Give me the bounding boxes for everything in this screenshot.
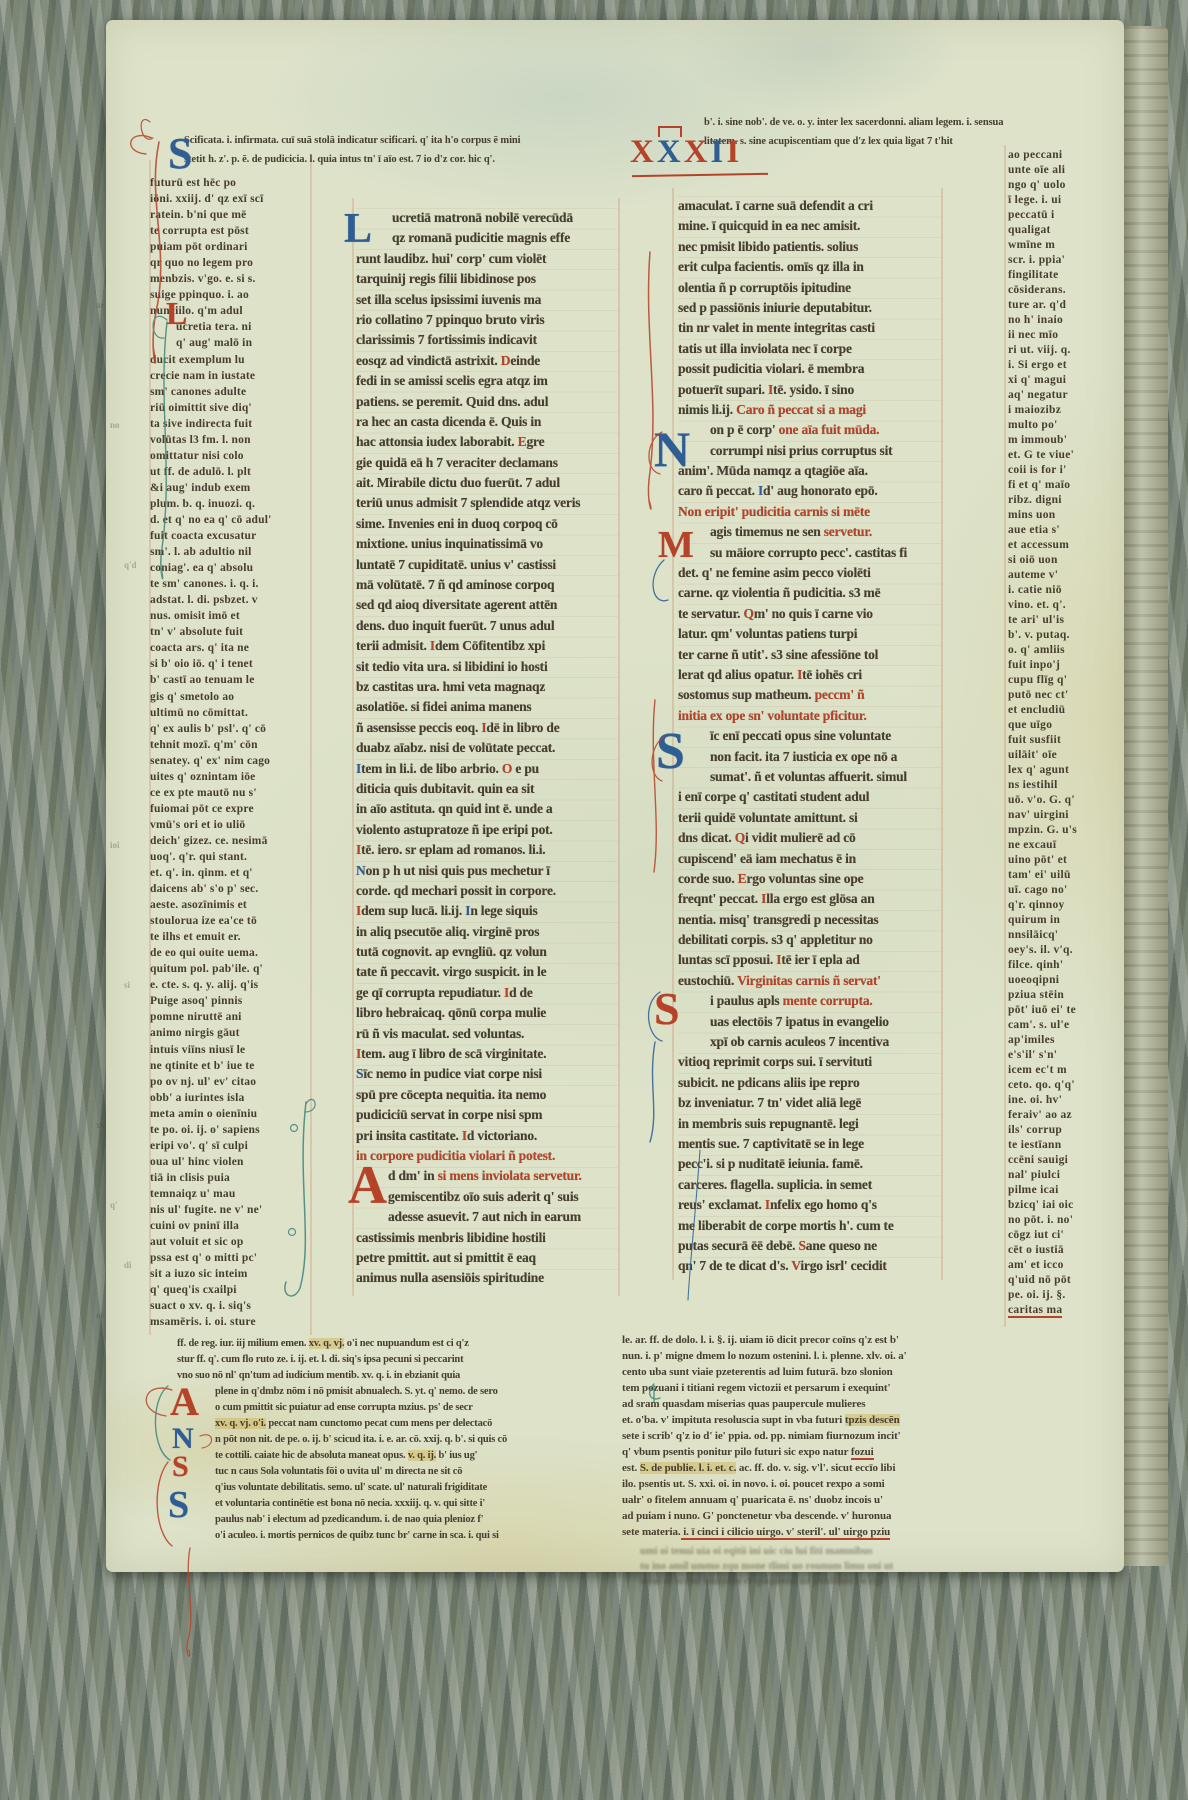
text-line: volūtas l3 fm. l. non [150, 432, 312, 448]
text-line: tutā cognovit. ap evngliū. qz volun [356, 942, 618, 962]
text-line: ine. oi. hv' [1008, 1093, 1122, 1108]
text-line: vitioq reprimit corps sui. ī servituti [678, 1052, 942, 1072]
bottom-commentary-left: ff. de reg. iur. iij milium emen. xv. q.… [177, 1336, 617, 1544]
text-line: ualr' o fitelem annuam q' puaricata ē. n… [622, 1492, 1130, 1508]
text-line: asolatiōe. si fidei anima manens [356, 697, 618, 717]
ruling-line [618, 198, 620, 1296]
text-line: q' ex aulis b' psl'. q' cō [150, 721, 312, 737]
causa-number-xxxii: XXXII [630, 134, 742, 170]
text-line: olentia ñ p corruptōis ipitudine [678, 278, 942, 298]
text-line: qualigat [1008, 223, 1122, 238]
margin-scribble: ioi [110, 840, 120, 850]
text-line: bzicq' iai oic [1008, 1198, 1122, 1213]
text-line: e's'il' s'n' [1008, 1048, 1122, 1063]
text-line: umi oi tenui uia oi eqitii ini uic ciu l… [640, 1544, 1110, 1559]
bottom-initial-S1: S [172, 1452, 189, 1482]
left-margin-gloss-column: futurū est hēc poiōni. xxiij. d' qz exī … [150, 175, 312, 1330]
text-line: cōsiderans. [1008, 283, 1122, 298]
text-line: tate ñ peccavit. virgo suspicit. in le [356, 962, 618, 982]
text-line: spū pre cōcepta nequitia. ita nemo [356, 1085, 618, 1105]
text-line: pziua stēin [1008, 988, 1122, 1003]
text-line: qz romanā pudicitie magnis effe [356, 228, 618, 248]
text-line: nentia. misq' transgredi p necessitas [678, 910, 942, 930]
text-line: meta amin o oienīniu [150, 1106, 312, 1122]
text-line: luntas scī pposui. Itē ier ī epla ad [678, 950, 942, 970]
text-line: no pōt. i. no' [1008, 1213, 1122, 1228]
text-line: uoeoqipni [1008, 973, 1122, 988]
text-line: n pōt non nit. de pe. o. ij. b' scicud i… [177, 1432, 617, 1448]
text-line: de eo qui ouite uema. [150, 945, 312, 961]
lucretia-initial-L: L [344, 208, 372, 250]
text-line: caro ñ peccat. Id' aug honorato epō. [678, 481, 942, 501]
text-line: Sīc nemo in pudice viat corpe nisi [356, 1064, 618, 1084]
text-line: fuit susfiit [1008, 733, 1122, 748]
text-line: carne. qz violentia ñ pudicitia. s3 mē [678, 583, 942, 603]
text-line: dns dicat. Qi vidit mulierē ad cō [678, 828, 942, 848]
text-line: deich' gizez. ce. nesimā [150, 833, 312, 849]
ruling-line [1004, 145, 1006, 1327]
text-line: d. et q' no ea q' cō adul' [150, 512, 312, 528]
margin-scribble: q' [110, 1200, 118, 1210]
text-line: q' aug' malō in [150, 335, 312, 351]
text-line: coii is for i' [1008, 463, 1122, 478]
text-line: Puige asoq' pinnis [150, 993, 312, 1009]
text-line: temnaiqz u' mau [150, 1186, 312, 1202]
text-line: crecie nam in iustate [150, 368, 312, 384]
text-line: clarissimis 7 fortissimis indicavit [356, 330, 618, 350]
margin-scribble: no [110, 420, 120, 430]
text-line: runt laudibz. hui' corp' cum violēt [356, 249, 618, 269]
text-line: uites q' oznintam iōe [150, 769, 312, 785]
margin-scribble: q'd [124, 560, 137, 570]
text-line: unte oīe ali [1008, 163, 1122, 178]
margin-scribble: di [124, 1260, 132, 1270]
top-gloss-left: Scificata. i. infirmata. cuī suā stolā i… [184, 131, 642, 169]
text-line: ge qī corrupta repudiatur. Id de [356, 983, 618, 1003]
text-line: po ov nj. ul' ev' citao [150, 1074, 312, 1090]
text-line: cento uba sunt viaie pzeterentis ad luim… [622, 1364, 1130, 1380]
text-line: ngo q' uolo [1008, 178, 1122, 193]
text-line: patiens. se peremit. Quid dns. adul [356, 392, 618, 412]
manuscript-photo: Scificata. i. infirmata. cuī suā stolā i… [0, 0, 1188, 1800]
text-line: aue etia s' [1008, 523, 1122, 538]
text-line: nec pmisit libido patientis. solius [678, 237, 942, 257]
bottom-initial-S2: S [168, 1486, 189, 1524]
text-line: potuerīt supari. Itē. ysido. ī sino [678, 380, 942, 400]
text-line: Scificata. i. infirmata. cuī suā stolā i… [184, 131, 642, 150]
text-line: et encludiū [1008, 703, 1122, 718]
text-line: diticia quis dubitavit. quin ea sit [356, 779, 618, 799]
text-line: b' castī ao tenuam le [150, 672, 312, 688]
text-line: reus' exclamat. Infelix ego homo q's [678, 1195, 942, 1215]
text-line: ii nec mīo [1008, 328, 1122, 343]
text-line: coniag'. ea q' absolu [150, 560, 312, 576]
text-line: senatey. q' ex' nim cago [150, 753, 312, 769]
text-line: menbzis. v'go. e. si s. [150, 271, 312, 287]
text-line: ff. de reg. iur. iij milium emen. xv. q.… [177, 1336, 617, 1352]
text-line: corde suo. Ergo voluntas sine ope [678, 869, 942, 889]
text-line: ut ff. de adulō. l. plt [150, 464, 312, 480]
text-line: b'. i. sine nob'. de ve. o. y. inter lex… [704, 113, 1120, 132]
text-line: terii quidē voluntate amittunt. si [678, 808, 942, 828]
text-line: tehnit mozī. q'm' cōn [150, 737, 312, 753]
text-line: eustochiū. Virginitas carnis ñ servat' [678, 971, 942, 991]
text-line: et. q'. in. qinm. et q' [150, 865, 312, 881]
top-gloss-right: b'. i. sine nob'. de ve. o. y. inter lex… [704, 113, 1120, 151]
text-line: te sm' canones. i. q. i. [150, 576, 312, 592]
text-line: ccēni sauigi [1008, 1153, 1122, 1168]
text-line: Idem sup lucā. li.ij. In lege siquis [356, 901, 618, 921]
text-line: animo nirgis gāut [150, 1025, 312, 1041]
text-line: ilo. psentis ut. S. xxi. oi. in novo. i.… [622, 1476, 1130, 1492]
text-line: aut voluit et sic op [150, 1234, 312, 1250]
text-line: ceto. qo. q'q' [1008, 1078, 1122, 1093]
left-gloss-initial-L: L [166, 297, 187, 329]
text-line: multo po' [1008, 418, 1122, 433]
text-line: latur. qm' voluntas patiens turpi [678, 624, 942, 644]
text-line: adesse asuevit. 7 aut nich in earum [356, 1207, 618, 1227]
text-line: aq' negatur [1008, 388, 1122, 403]
margin-scribble: si [124, 980, 130, 990]
text-line: rio collatino 7 ppinquo bruto viris [356, 310, 618, 330]
text-line: me liberabit de corpe mortis h'. cum te [678, 1216, 942, 1236]
book-fore-edge [1124, 26, 1168, 1566]
text-line: ture ar. q'd [1008, 298, 1122, 313]
text-line: sm'. l. ab adultio nil [150, 544, 312, 560]
text-line: mins uon [1008, 508, 1122, 523]
text-line: tn' v' absolute fuit [150, 624, 312, 640]
text-line: Item in li.i. de libo arbrio. O e pu [356, 759, 618, 779]
text-line: gemiscentibz oīo suis aderit q' suis [356, 1187, 618, 1207]
text-line: nun. i. p' migne dmem lo nozum ostenini.… [622, 1348, 1130, 1364]
text-line: msamēris. i. oi. sture [150, 1314, 312, 1330]
text-line: xv. q. vj. o'i. peccat nam cunctomo peca… [177, 1416, 617, 1432]
rubricator-mark [658, 126, 682, 137]
text-line: ne qtinite et b' iue te [150, 1058, 312, 1074]
margin-scribble: xv [96, 1120, 105, 1130]
text-line: i maiozibz [1008, 403, 1122, 418]
text-line: animus nulla asensiōis spiritudine [356, 1268, 618, 1288]
text-line: te iestīann [1008, 1138, 1122, 1153]
text-line: fuiomai pōt ce expre [150, 801, 312, 817]
text-line: intuis viīns niusī le [150, 1042, 312, 1058]
text-line: stetit h. z'. p. ē. de pudicicia. l. qui… [184, 150, 642, 169]
text-line: libro hebraicaq. qōnū corpa mulie [356, 1003, 618, 1023]
text-line: freqnt' peccat. Illa ergo est glōsa an [678, 889, 942, 909]
text-line: vino. et. q'. [1008, 598, 1122, 613]
text-line: stur ff. q'. cum flo ruto ze. i. ij. et.… [177, 1352, 617, 1368]
text-line: corde. qd mechari possit in corpore. [356, 881, 618, 901]
text-line: ne excauī [1008, 838, 1122, 853]
text-line: q'uid nō pōt [1008, 1273, 1122, 1288]
text-line: paulus nab' i electum ad pzedicandum. i.… [177, 1512, 617, 1528]
text-line: fuit coacta excusatur [150, 528, 312, 544]
text-line: te servatur. Qm' no quis ī carne vio [678, 604, 942, 624]
text-line: q' queq'is cxailpi [150, 1282, 312, 1298]
text-line: nnsilāicq' [1008, 928, 1122, 943]
text-line: ra hec an casta dicenda ē. Quis in [356, 412, 618, 432]
text-line: duabz aīabz. nisi de volūtate peccat. [356, 738, 618, 758]
text-line: nus. omisit imō et [150, 608, 312, 624]
text-line: puiam pōt ordinari [150, 239, 312, 255]
text-line: ter carne ñ utit'. s3 sine afessiōne tol [678, 645, 942, 665]
text-line: ad puiam i nuno. G' ponctenetur vba desc… [622, 1508, 1130, 1524]
text-line: gie quidā eā h 7 veraciter declamans [356, 453, 618, 473]
text-line: qn' 7 de te dicat d's. Virgo isrl' cecid… [678, 1256, 942, 1276]
text-line: in aīo astituta. qn quid int ē. unde a [356, 799, 618, 819]
text-line: fuit inpo'j [1008, 658, 1122, 673]
text-line: pe. oi. ij. §. [1008, 1288, 1122, 1303]
text-line: uilāit' oīe [1008, 748, 1122, 763]
text-line: i paulus apls mente corrupta. [678, 991, 942, 1011]
text-line: uas electōis 7 ipatus in evangelio [678, 1012, 942, 1032]
text-line: cam'. s. ul'e [1008, 1018, 1122, 1033]
text-line: e. cte. s. q. y. alij. q'is [150, 977, 312, 993]
text-line: pri insita castitate. Id victoriano. [356, 1126, 618, 1146]
text-line: feraiv' ao az [1008, 1108, 1122, 1123]
text-line: sit tedio vita ura. si libidini io hosti [356, 657, 618, 677]
text-line: mā volūtatē. 7 ñ qd aminose corpoq [356, 575, 618, 595]
text-line: daicens ab' s'o p' sec. [150, 881, 312, 897]
text-line: bz castitas ura. hmi veta magnaqz [356, 677, 618, 697]
text-line: ap'imiles [1008, 1033, 1122, 1048]
text-line: ultimū no cōmittat. [150, 705, 312, 721]
text-line: sostomus sup matheum. peccm' ñ [678, 685, 942, 705]
text-line: sumat'. ñ et voluntas affuerit. simul [678, 767, 942, 787]
text-line: tin nr valet in mente integritas casti [678, 318, 942, 338]
text-line: q'ius voluntate debilitatis. semo. ul' s… [177, 1480, 617, 1496]
text-line: lex q' agunt [1008, 763, 1122, 778]
text-line: sed qd aioq diversitate agerent attēn [356, 595, 618, 615]
text-line: cuini ov pninī illa [150, 1218, 312, 1234]
text-line: erit culpa facientis. omīs qz illa in [678, 257, 942, 277]
text-line: Non p h ut nisi quis pus mechetur ī [356, 861, 618, 881]
text-line: ucretiā matronā nobilē verecūdā [356, 208, 618, 228]
text-line: sete materia. i. ī cinci i cilicio uirgo… [622, 1524, 1130, 1540]
text-line: tem pozuani i titiani regem victozii et … [622, 1380, 1130, 1396]
main-text-column-left: ucretiā matronā nobilē verecūdāqz romanā… [356, 208, 618, 1289]
text-line: si b' oio iō. q' i tenet [150, 656, 312, 672]
text-line: te ari' ul'is [1008, 613, 1122, 628]
text-line: petre pmittit. aut si pmittit ē eaq [356, 1248, 618, 1268]
text-line: pōt' iuō ei' te [1008, 1003, 1122, 1018]
text-line: on p ē corp' one aīa fuit mūda. [678, 420, 942, 440]
text-line: le. ar. ff. de dolo. l. i. §. ij. uiam i… [622, 1332, 1130, 1348]
text-line: q'r. qinnoy [1008, 898, 1122, 913]
text-line: te po. oi. ij. o' sapiens [150, 1122, 312, 1138]
text-line: caritas ma [1008, 1303, 1122, 1318]
text-line: sime. Invenies eni in duoq corpoq cō [356, 514, 618, 534]
text-line: &i aug' indub exem [150, 480, 312, 496]
text-line: tam' ei' uilū [1008, 868, 1122, 883]
text-line: xpī ob carnis aculeos 7 incentiva [678, 1032, 942, 1052]
text-line: qr quo no legem pro [150, 255, 312, 271]
text-line: Non eripit' pudicitia carnis si mēte [678, 502, 942, 522]
text-line: sm' canones adulte [150, 384, 312, 400]
text-line: et accessum [1008, 538, 1122, 553]
text-line: que uīgo [1008, 718, 1122, 733]
text-line: fingilitate [1008, 268, 1122, 283]
text-line: mine. ī quicquid in ea nec amisit. [678, 216, 942, 236]
text-line: et voluntaria continētie est bona nō nec… [177, 1496, 617, 1512]
text-line: pomne niruttē ani [150, 1009, 312, 1025]
text-line: cupiscend' eā iam mechatus ē in [678, 849, 942, 869]
text-line: tarquinij regis filii libidinose pos [356, 269, 618, 289]
text-line: b'. v. putaq. [1008, 628, 1122, 643]
text-line: initia ex ope sn' voluntate pficitur. [678, 706, 942, 726]
text-line: fi et q' maīo [1008, 478, 1122, 493]
text-line: Item. aug ī libro de scā virginitate. [356, 1044, 618, 1064]
text-line: set illa scelus ipsissimi iuvenis ma [356, 290, 618, 310]
text-line: putō nec ct' [1008, 688, 1122, 703]
text-line: anim'. Mūda namqz a qtagiōe aīa. [678, 461, 942, 481]
text-line: teriū unus admisit 7 splendide atqz veri… [356, 493, 618, 513]
text-line: ī lege. i. ui [1008, 193, 1122, 208]
text-line: ao peccani [1008, 148, 1122, 163]
text-line: luntatē 7 cupiditatē. unius v' castissi [356, 555, 618, 575]
text-line: nis ul' fugite. ne v' ne' [150, 1202, 312, 1218]
text-line: cupu flīg q' [1008, 673, 1122, 688]
non-initial-N: N [654, 424, 690, 474]
verso-showthrough-text: umi oi tenui uia oi eqitii ini uic ciu l… [640, 1544, 1110, 1589]
text-line: sed p passiōnis iniurie deputabitur. [678, 298, 942, 318]
margin-scribble: oi [96, 1310, 103, 1320]
text-line: coacta ars. q' ita ne [150, 640, 312, 656]
text-line: pecc'i. si p nuditatē ieiunia. famē. [678, 1154, 942, 1174]
text-line: mpzin. G. u's [1008, 823, 1122, 838]
text-line: in corpore pudicitia violari ñ potest. [356, 1146, 618, 1166]
text-line: iōni. xxiij. d' qz exī scī [150, 191, 312, 207]
bottom-initial-A: A [170, 1382, 199, 1422]
text-line: i. Si ergo et [1008, 358, 1122, 373]
text-line: castissimis menbris libidine hostili [356, 1228, 618, 1248]
text-line: amaculat. ī carne suā defendit a cri [678, 196, 942, 216]
text-line: rū ñ vis maculat. sed voluntas. [356, 1024, 618, 1044]
text-line: agis timemus ne sen servetur. [678, 522, 942, 542]
text-line: eosqz ad vindictā astrixit. Deinde [356, 351, 618, 371]
text-line: uoq'. q'r. qui stant. [150, 849, 312, 865]
text-line: nal' piulci [1008, 1168, 1122, 1183]
main-text-column-right: amaculat. ī carne suā defendit a crimine… [678, 196, 942, 1277]
text-line: i enī corpe q' castitati student adul [678, 787, 942, 807]
text-line: no h' inaio [1008, 313, 1122, 328]
text-line: wmīne m [1008, 238, 1122, 253]
text-line: īc enī peccati opus sine voluntate [678, 726, 942, 746]
text-line: tu ino amil ummo zqu mone tlimi uo rounu… [640, 1559, 1110, 1574]
text-line: riū oimittit sive diq' [150, 400, 312, 416]
text-line: tuc n caus Sola voluntatis fōi o uvita u… [177, 1464, 617, 1480]
text-line: oua ul' hinc violen [150, 1154, 312, 1170]
bottom-commentary-right: le. ar. ff. de dolo. l. i. §. ij. uiam i… [622, 1332, 1130, 1540]
text-line: putas securā ēē debē. Sane queso ne [678, 1236, 942, 1256]
text-line: fedi in se amissi scelis egra atqz im [356, 371, 618, 391]
text-line: te cottili. caiate hic de absoluta manea… [177, 1448, 617, 1464]
text-line: lerat qd alius opatur. Itē iohēs cri [678, 665, 942, 685]
text-line: subicit. ne pdicans aliis ipe repro [678, 1073, 942, 1093]
margin-scribble: b' [96, 700, 104, 710]
text-line: pssa est q' o mitti pc' [150, 1250, 312, 1266]
text-line: obb' a iurintes isla [150, 1090, 312, 1106]
text-line: su māiore corrupto pecc'. castitas fi [678, 543, 942, 563]
text-line: plum. b. q. inuozi. q. [150, 496, 312, 512]
text-line: non facit. ita 7 iusticia ex ope nō a [678, 747, 942, 767]
text-line: xi q' magui [1008, 373, 1122, 388]
text-line: pilme icai [1008, 1183, 1122, 1198]
text-line: auteme v' [1008, 568, 1122, 583]
text-line: det. q' ne femine asim pecco violēti [678, 563, 942, 583]
text-line: stoulorua ize ea'ce tō [150, 913, 312, 929]
text-line: icem ec't m [1008, 1063, 1122, 1078]
text-line: ribz. digni [1008, 493, 1122, 508]
text-line: d dm' in si mens inviolata servetur. [356, 1166, 618, 1186]
text-line: ta sive indirecta fuit [150, 416, 312, 432]
magis-initial-M: M [658, 526, 694, 564]
text-line: pudiciciū servat in corpe nisi spm [356, 1105, 618, 1125]
text-line: cēt o iustiā [1008, 1243, 1122, 1258]
text-line: ns iestihil [1008, 778, 1122, 793]
text-line: in aliq psecutōe aliq. virginē pros [356, 922, 618, 942]
text-line: peccatū i [1008, 208, 1122, 223]
text-line: possit pudicitia violari. ē membra [678, 359, 942, 379]
text-line: plene in q'dmbz nōm i nō pmisit abnualec… [177, 1384, 617, 1400]
text-line: uī. cago no' [1008, 883, 1122, 898]
text-line: Itē. iero. sr eplam ad romanos. li.i. [356, 840, 618, 860]
text-line: scr. i. ppia' [1008, 253, 1122, 268]
text-line: dens. duo inquit fuerūt. 7 unus adul [356, 616, 618, 636]
text-line: terii admisit. Idem Cōfitentibz xpi [356, 636, 618, 656]
text-line: XXXII [630, 134, 742, 170]
text-line: filce. qinh' [1008, 958, 1122, 973]
text-line: et. o'ba. v' impituta resoluscia supt in… [622, 1412, 1130, 1428]
text-line: ducit exemplum lu [150, 352, 312, 368]
text-line: q' vbum psentis ponitur pilo futuri sic … [622, 1444, 1130, 1460]
text-line: tiā in clisis puia [150, 1170, 312, 1186]
text-line: hac attonsia iudex laborabit. Egre [356, 432, 618, 452]
text-line: adstat. l. di. psbzet. v [150, 592, 312, 608]
text-line: mixtione. unius inquinatissimā vo [356, 534, 618, 554]
text-line: aeste. asozīnimis et [150, 897, 312, 913]
text-line: o'i aculeo. i. mortis pernicos de quibz … [177, 1528, 617, 1544]
margin-scribble: ar [96, 300, 105, 310]
si-paulus-initial-S: S [654, 986, 680, 1032]
sicut-initial-S: S [656, 726, 685, 778]
text-line: tatis ut illa inviolata nec ī corpe [678, 339, 942, 359]
text-line: sete i scrib' q'z io d' ie' ppia. od. pp… [622, 1428, 1130, 1444]
text-line: suact o xv. q. i. siq's [150, 1298, 312, 1314]
ruling-line [352, 198, 354, 1296]
text-line: gis q' smetolo ao [150, 689, 312, 705]
text-line: uitui ut scrmi iuuquim ct qsiqunmi uo pv… [640, 1574, 1110, 1589]
text-line: o. q' amliis [1008, 643, 1122, 658]
text-line: nav' uirgini [1008, 808, 1122, 823]
top-gloss-initial-S: S [168, 132, 192, 176]
text-line: ait. Mirabile dictu duo fuerūt. 7 adul [356, 473, 618, 493]
text-line: et. G te viue' [1008, 448, 1122, 463]
text-line: oey's. il. v'q. [1008, 943, 1122, 958]
text-line: ils' corrup [1008, 1123, 1122, 1138]
text-line: ce ex pte mautō nu s' [150, 785, 312, 801]
text-line: est. S. de publie. l. i. et. c. ac. ff. … [622, 1460, 1130, 1476]
text-line: bz inveniatur. 7 tn' videt aliā legē [678, 1093, 942, 1113]
text-line: quitum pol. pab'ile. q' [150, 961, 312, 977]
text-line: in membris suis repugnantē. legi [678, 1114, 942, 1134]
text-line: carceres. flagella. suplicia. in semet [678, 1175, 942, 1195]
text-line: uō. v'o. G. q' [1008, 793, 1122, 808]
text-line: am' et icco [1008, 1258, 1122, 1273]
text-line: corrumpi nisi prius corruptus sit [678, 441, 942, 461]
text-line: uino pōt' et [1008, 853, 1122, 868]
text-line: si oiō uon [1008, 553, 1122, 568]
